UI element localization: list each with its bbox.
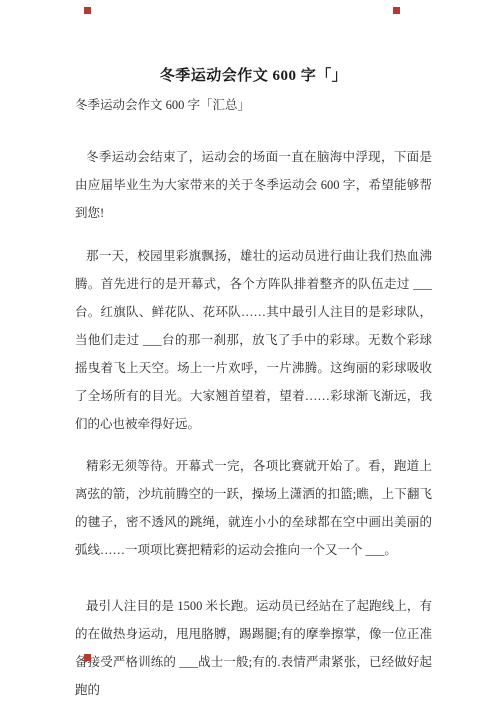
paragraph-intro: 冬季运动会结束了，运动会的场面一直在脑海中浮现，下面是由应届毕业生为大家带来的关… [75, 143, 432, 227]
document-page: 冬季运动会作文 600 字「」 冬季运动会作文 600 字「汇总」 冬季运动会结… [0, 0, 500, 708]
document-subtitle: 冬季运动会作文 600 字「汇总」 [75, 97, 432, 113]
red-corner-mark-top-right [393, 7, 400, 14]
paragraph-competitions: 精彩无须等待。开幕式一完，各项比赛就开始了。看，跑道上离弦的箭，沙坑前腾空的一跃… [75, 452, 432, 564]
paragraph-opening-ceremony: 那一天，校园里彩旗飘扬，雄壮的运动员进行曲让我们热血沸腾。首先进行的是开幕式，各… [75, 242, 432, 438]
document-content: 冬季运动会作文 600 字「」 冬季运动会作文 600 字「汇总」 冬季运动会结… [0, 0, 500, 704]
document-title: 冬季运动会作文 600 字「」 [75, 66, 432, 86]
red-corner-mark-bottom-left [84, 654, 91, 661]
red-corner-mark-top-left [84, 7, 91, 14]
paragraph-1500m-race: 最引人注目的是 1500 米长跑。运动员已经站在了起跑线上，有的在做热身运动，甩… [75, 592, 432, 704]
